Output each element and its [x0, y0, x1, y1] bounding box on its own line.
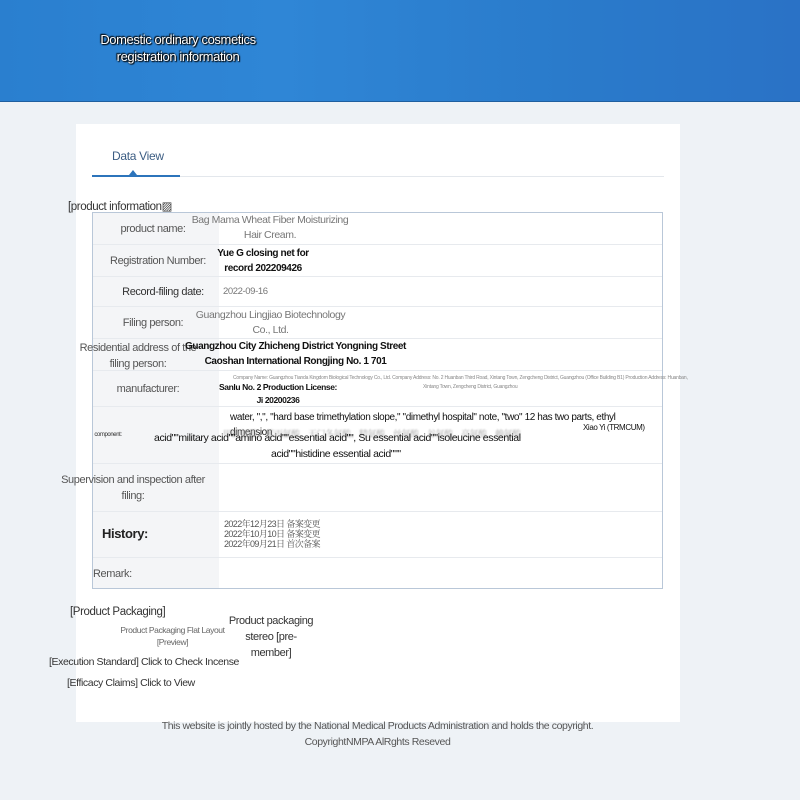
caret-up-icon — [129, 170, 137, 175]
remark-label: Remark: — [93, 566, 127, 582]
product-info-table: product name: Bag Mama Wheat Fiber Moist… — [92, 212, 663, 589]
tab-active-indicator — [92, 175, 180, 177]
component-side-note: Xiao Yi (TRMCUM) — [583, 420, 645, 435]
component-value-line3: acid""histidine essential acid""" — [271, 447, 421, 462]
header-banner: Domestic ordinary cosmetics registration… — [0, 0, 800, 102]
table-row: Registration Number: Yue G closing net f… — [93, 245, 662, 277]
history-entry: 2022年10月10日 备案变更 — [224, 529, 320, 539]
table-row: Record-filing date: 2022-09-16 — [93, 277, 662, 307]
table-row: manufacturer: Company Name: Guangzhou Ti… — [93, 371, 662, 407]
residential-address-value: Guangzhou City Zhicheng District Yongnin… — [178, 339, 413, 369]
page-title: Domestic ordinary cosmetics registration… — [70, 31, 286, 65]
registration-number-value: Yue G closing net for record 202209426 — [203, 246, 323, 276]
history-entry: 2022年12月23日 备案变更 — [224, 519, 320, 529]
footer-line1: This website is jointly hosted by the Na… — [100, 718, 655, 734]
history-label: History: — [95, 526, 155, 542]
manufacturer-detail-line2: Xintang Town, Zengcheng District, Guangz… — [423, 384, 517, 391]
filing-person-value: Guangzhou Lingjiao Biotechnology Co., Lt… — [188, 308, 353, 338]
footer-copyright: CopyrightNMPA AlRghts Reseved — [100, 734, 655, 750]
history-entry: 2022年09月21日 首次备案 — [224, 539, 320, 549]
manufacturer-label: manufacturer: — [78, 381, 218, 397]
table-row: component: water, ",", "hard base trimet… — [93, 407, 662, 464]
table-row: Filing person: Guangzhou Lingjiao Biotec… — [93, 307, 662, 339]
efficacy-claims-link[interactable]: [Efficacy Claims] Click to View — [67, 677, 195, 689]
packaging-flat-layout-link[interactable]: Product Packaging Flat Layout [Preview] — [120, 624, 225, 648]
table-row: Remark: — [93, 558, 662, 588]
record-filing-date-value: 2022-09-16 — [223, 284, 273, 299]
table-row: product name: Bag Mama Wheat Fiber Moist… — [93, 213, 662, 245]
execution-standard-link[interactable]: [Execution Standard] Click to Check Ince… — [49, 656, 239, 668]
packaging-stereo-link[interactable]: Product packaging stereo [pre-member] — [228, 613, 314, 661]
supervision-label: Supervision and inspection after filing: — [58, 472, 208, 504]
product-name-value: Bag Mama Wheat Fiber Moisturizing Hair C… — [185, 213, 355, 243]
table-row: History: 2022年12月23日 备案变更 2022年10月10日 备案… — [93, 512, 662, 558]
footer: This website is jointly hosted by the Na… — [100, 718, 655, 750]
component-value-line2: acid""military acid""amino acid""essenti… — [154, 431, 524, 446]
product-information-heading: [product information▨ — [68, 199, 172, 213]
table-row: Supervision and inspection after filing: — [93, 464, 662, 512]
history-list: 2022年12月23日 备案变更 2022年10月10日 备案变更 2022年0… — [224, 519, 320, 549]
tab-data-view[interactable]: Data View — [112, 149, 164, 163]
manufacturer-value: Sanlu No. 2 Production License: Ji 20200… — [218, 381, 338, 407]
component-label: component: — [93, 427, 123, 443]
table-row: Residential address of the filing person… — [93, 339, 662, 371]
product-packaging-heading: [Product Packaging] — [70, 606, 165, 618]
